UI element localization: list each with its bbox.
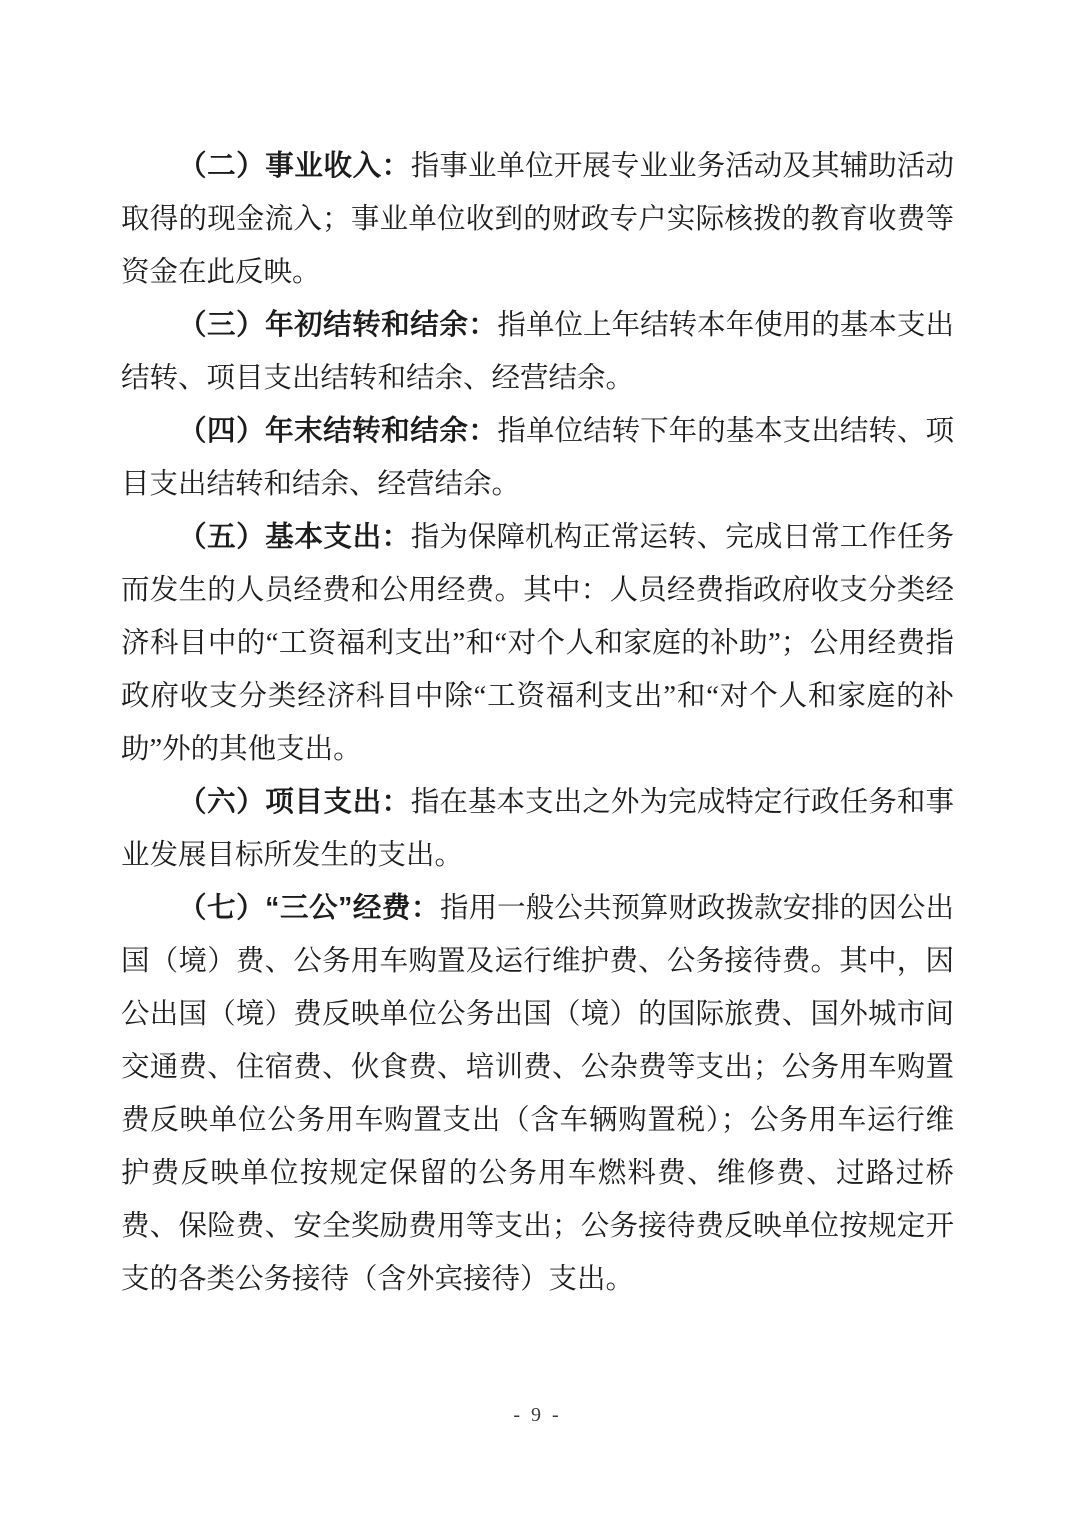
paragraph-heading: （五）基本支出： [178,521,411,553]
paragraph-sangong-jingfei: （七）“三公”经费：指用一般公共预算财政拨款安排的因公出国（境）费、公务用车购置… [121,882,954,1306]
paragraph-nianmo-jiezhuan: （四）年末结转和结余：指单位结转下年的基本支出结转、项目支出结转和结余、经营结余… [121,405,954,511]
paragraph-xiangmu-zhichu: （六）项目支出：指在基本支出之外为完成特定行政任务和事业发展目标所发生的支出。 [121,776,954,882]
paragraph-heading: （三）年初结转和结余： [178,309,497,341]
paragraph-body: 指为保障机构正常运转、完成日常工作任务而发生的人员经费和公用经费。其中：人员经费… [121,522,954,765]
paragraph-nianchu-jiezhuan: （三）年初结转和结余：指单位上年结转本年使用的基本支出结转、项目支出结转和结余、… [121,299,954,405]
page-number: - 9 - [0,1404,1075,1427]
document-page: （二）事业收入：指事业单位开展专业业务活动及其辅助活动取得的现金流入；事业单位收… [0,0,1075,1520]
document-body: （二）事业收入：指事业单位开展专业业务活动及其辅助活动取得的现金流入；事业单位收… [121,140,954,1306]
paragraph-heading: （七）“三公”经费： [178,892,440,924]
paragraph-jiben-zhichu: （五）基本支出：指为保障机构正常运转、完成日常工作任务而发生的人员经费和公用经费… [121,511,954,776]
paragraph-heading: （六）项目支出： [178,786,411,818]
paragraph-shiye-shouru: （二）事业收入：指事业单位开展专业业务活动及其辅助活动取得的现金流入；事业单位收… [121,140,954,299]
paragraph-heading: （四）年末结转和结余： [178,415,497,447]
paragraph-body: 指用一般公共预算财政拨款安排的因公出国（境）费、公务用车购置及运行维护费、公务接… [121,893,954,1295]
paragraph-heading: （二）事业收入： [178,150,411,182]
